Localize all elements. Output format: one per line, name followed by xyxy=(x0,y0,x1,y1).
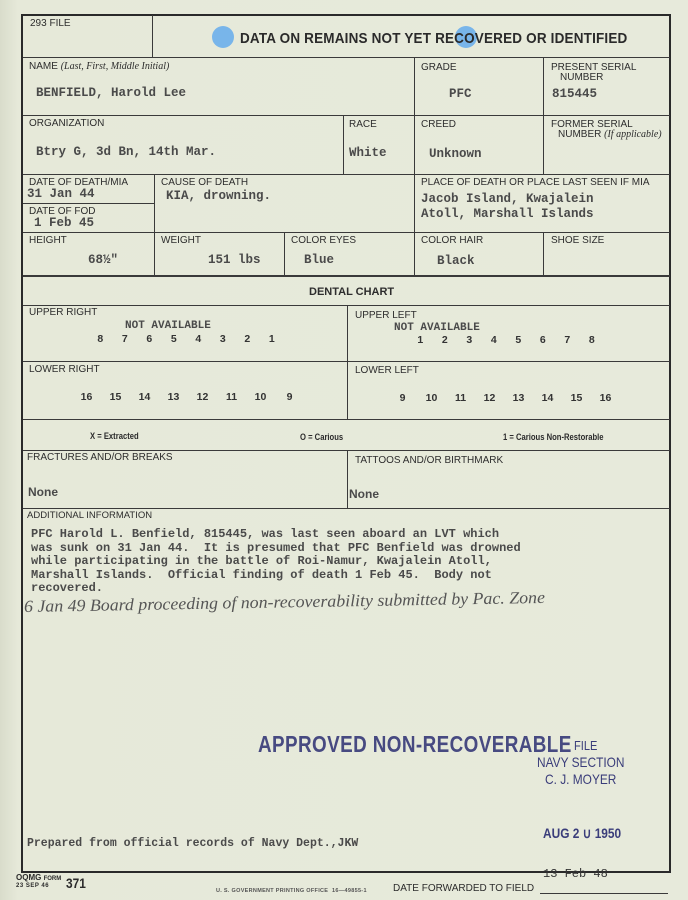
rule xyxy=(347,305,348,419)
tooth: 1 xyxy=(408,334,433,346)
shoe-size-label: SHOE SIZE xyxy=(551,236,604,246)
cause-of-death-value: KIA, drowning. xyxy=(166,189,271,203)
date-of-fod-value: 1 Feb 45 xyxy=(34,216,94,230)
tooth: 13 xyxy=(159,391,188,403)
race-label: RACE xyxy=(349,120,377,130)
name-label-hint: (Last, First, Middle Initial) xyxy=(61,61,170,72)
place-of-death-label: PLACE OF DEATH OR PLACE LAST SEEN IF MIA xyxy=(421,178,650,188)
name-label: NAME (Last, First, Middle Initial) xyxy=(29,62,169,72)
form-title: DATA ON REMAINS NOT YET RECOVERED OR IDE… xyxy=(240,30,627,47)
tooth: 5 xyxy=(162,333,187,345)
lower-left-label: LOWER LEFT xyxy=(355,366,419,376)
additional-info-text: PFC Harold L. Benfield, 815445, was last… xyxy=(31,528,521,596)
form-id: OQMG FORM 23 SEP 46 xyxy=(16,874,61,890)
tooth: 7 xyxy=(113,333,138,345)
upper-right-label: UPPER RIGHT xyxy=(29,308,97,318)
tooth: 10 xyxy=(417,392,446,404)
tooth: 12 xyxy=(188,391,217,403)
rule xyxy=(414,57,415,174)
tooth: 6 xyxy=(531,334,556,346)
approved-stamp: APPROVED NON-RECOVERABLE xyxy=(258,731,572,758)
dental-chart-title: DENTAL CHART xyxy=(309,287,394,297)
lower-right-teeth: 16 15 14 13 12 11 10 9 xyxy=(72,391,304,403)
rule xyxy=(152,15,153,57)
tooth: 2 xyxy=(433,334,458,346)
height-label: HEIGHT xyxy=(29,236,67,246)
form-word: FORM xyxy=(44,876,62,882)
tooth: 14 xyxy=(130,391,159,403)
former-serial-label-hint: (If applicable) xyxy=(604,129,661,140)
rule xyxy=(23,508,670,509)
weight-value: 151 lbs xyxy=(208,253,261,267)
document-page: 293 FILE DATA ON REMAINS NOT YET RECOVER… xyxy=(0,0,688,900)
rule xyxy=(23,275,670,277)
fractures-label: FRACTURES AND/OR BREAKS xyxy=(27,453,173,463)
former-serial-label-line2: NUMBER (If applicable) xyxy=(551,130,662,140)
tooth: 8 xyxy=(580,334,605,346)
place-of-death-line2: Atoll, Marshall Islands xyxy=(421,207,594,221)
height-value: 68½" xyxy=(88,253,118,267)
tooth: 3 xyxy=(457,334,482,346)
color-eyes-label: COLOR EYES xyxy=(291,236,356,246)
legend-non-restorable: 1 = Carious Non-Restorable xyxy=(503,432,604,442)
tooth: 16 xyxy=(72,391,101,403)
tooth: 15 xyxy=(101,391,130,403)
place-of-death-line1: Jacob Island, Kwajalein xyxy=(421,192,594,206)
punch-hole xyxy=(212,26,234,48)
rule xyxy=(343,115,344,174)
rule xyxy=(23,232,670,233)
present-serial-label-line2: NUMBER xyxy=(551,73,636,83)
tooth: 14 xyxy=(533,392,562,404)
date-forwarded-value: 13 Feb 48 xyxy=(543,867,608,881)
additional-info-label: ADDITIONAL INFORMATION xyxy=(27,511,152,521)
rule xyxy=(23,203,154,204)
weight-label: WEIGHT xyxy=(161,236,201,246)
file-label: 293 FILE xyxy=(30,19,71,29)
lower-left-teeth: 9 10 11 12 13 14 15 16 xyxy=(388,392,620,404)
tooth: 9 xyxy=(388,392,417,404)
tooth: 11 xyxy=(217,391,246,403)
rule xyxy=(284,232,285,275)
date-forwarded-line xyxy=(540,893,668,894)
former-serial-label-number: NUMBER xyxy=(558,129,601,140)
color-eyes-value: Blue xyxy=(304,253,334,267)
tooth: 3 xyxy=(211,333,236,345)
grade-label: GRADE xyxy=(421,63,457,73)
tooth: 9 xyxy=(275,391,304,403)
color-hair-label: COLOR HAIR xyxy=(421,236,483,246)
rule xyxy=(23,115,670,116)
form-org: OQMG xyxy=(16,873,41,882)
rule xyxy=(23,174,670,175)
present-serial-label: PRESENT SERIAL NUMBER xyxy=(551,63,636,83)
stamp-date: AUG 2 ∪ 1950 xyxy=(543,825,621,842)
rule xyxy=(543,57,544,174)
stamp-navy-section: NAVY SECTION xyxy=(537,754,625,770)
legend-extracted: X = Extracted xyxy=(90,431,139,441)
tooth: 2 xyxy=(235,333,260,345)
creed-label: CREED xyxy=(421,120,456,130)
race-value: White xyxy=(349,146,387,160)
date-forwarded-label: DATE FORWARDED TO FIELD xyxy=(393,883,534,894)
rule xyxy=(23,57,670,58)
rule xyxy=(154,174,155,275)
tooth: 1 xyxy=(260,333,285,345)
legend-carious: O = Carious xyxy=(300,432,343,442)
upper-right-note: NOT AVAILABLE xyxy=(125,319,211,333)
upper-left-label: UPPER LEFT xyxy=(355,311,417,321)
tooth: 8 xyxy=(88,333,113,345)
tooth: 11 xyxy=(446,392,475,404)
tattoos-label: TATTOOS AND/OR BIRTHMARK xyxy=(355,456,503,466)
prepared-by: Prepared from official records of Navy D… xyxy=(27,837,358,851)
tooth: 15 xyxy=(562,392,591,404)
name-value: BENFIELD, Harold Lee xyxy=(36,86,186,100)
tooth: 13 xyxy=(504,392,533,404)
grade-value: PFC xyxy=(449,87,472,101)
tooth: 6 xyxy=(137,333,162,345)
form-date: 23 SEP 46 xyxy=(16,883,61,890)
former-serial-label: FORMER SERIAL NUMBER (If applicable) xyxy=(551,120,662,140)
tooth: 10 xyxy=(246,391,275,403)
creed-value: Unknown xyxy=(429,147,482,161)
stamp-file: FILE xyxy=(574,738,597,753)
cause-of-death-label: CAUSE OF DEATH xyxy=(161,178,248,188)
tooth: 4 xyxy=(186,333,211,345)
printer-code: 16—49855-1 xyxy=(332,888,367,894)
color-hair-value: Black xyxy=(437,254,475,268)
fractures-value: None xyxy=(28,485,58,499)
printer-label: U. S. GOVERNMENT PRINTING OFFICE xyxy=(216,888,328,894)
stamp-officer: C. J. MOYER xyxy=(545,771,616,787)
tooth: 7 xyxy=(555,334,580,346)
rule xyxy=(347,450,348,508)
tooth: 4 xyxy=(482,334,507,346)
tooth: 5 xyxy=(506,334,531,346)
rule xyxy=(23,419,670,420)
upper-right-teeth: 8 7 6 5 4 3 2 1 xyxy=(88,333,284,345)
tooth: 12 xyxy=(475,392,504,404)
tattoos-value: None xyxy=(349,487,379,501)
organization-value: Btry G, 3d Bn, 14th Mar. xyxy=(36,145,216,159)
tooth: 16 xyxy=(591,392,620,404)
form-number: 371 xyxy=(66,875,86,891)
rule xyxy=(543,232,544,275)
upper-left-teeth: 1 2 3 4 5 6 7 8 xyxy=(408,334,604,346)
rule xyxy=(414,174,415,275)
date-of-death-value: 31 Jan 44 xyxy=(27,187,95,201)
upper-left-note: NOT AVAILABLE xyxy=(394,321,480,335)
organization-label: ORGANIZATION xyxy=(29,119,104,129)
present-serial-value: 815445 xyxy=(552,87,597,101)
lower-right-label: LOWER RIGHT xyxy=(29,365,100,375)
name-label-text: NAME xyxy=(29,61,58,72)
